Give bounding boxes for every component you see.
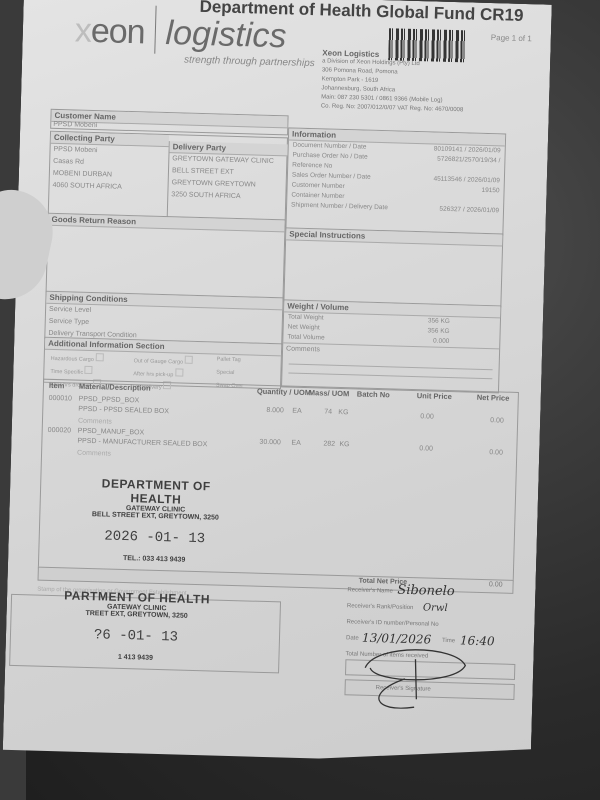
logo-x: x bbox=[74, 11, 91, 49]
checkbox[interactable] bbox=[185, 356, 193, 364]
option-time-specific: Time Specific bbox=[50, 365, 133, 377]
handwritten-signature bbox=[354, 638, 476, 711]
logo-product: logistics bbox=[165, 14, 287, 55]
checkbox[interactable] bbox=[95, 353, 103, 361]
page-label: Page 1 of 1 bbox=[491, 33, 532, 43]
checkbox[interactable] bbox=[175, 368, 183, 376]
option-hazardous: Hazardous Cargo bbox=[51, 352, 134, 364]
total-net-price-value: 0.00 bbox=[489, 581, 503, 588]
information-box: Information Document Number / Date801091… bbox=[285, 127, 506, 235]
stamp-tel: TEL.: 033 413 9439 bbox=[74, 554, 234, 565]
delivery-party-line: 3250 SOUTH AFRICA bbox=[168, 189, 286, 204]
stamp-dept: DEPARTMENT OF HEALTH bbox=[76, 476, 237, 508]
option-pallet-tag: Pallet Tag bbox=[216, 357, 274, 369]
delivery-note-paper: Department of Health Global Fund CR19 xe… bbox=[3, 0, 552, 764]
collecting-party-line: 4060 SOUTH AFRICA bbox=[49, 180, 167, 195]
option-after-hrs-pickup: After hrs pick-up bbox=[133, 367, 216, 379]
logo-tagline: strength through partnerships bbox=[184, 54, 315, 69]
special-instructions-box: Special Instructions bbox=[283, 227, 503, 307]
xeon-logistics-logo: xeonlogistics strength through partnersh… bbox=[74, 3, 287, 56]
logo-divider bbox=[154, 6, 156, 54]
stamp-box: PARTMENT OF HEALTH GATEWAY CLINIC TREET … bbox=[9, 594, 281, 674]
goods-return-box: Goods Return Reason bbox=[46, 213, 286, 300]
second-health-stamp: PARTMENT OF HEALTH GATEWAY CLINIC TREET … bbox=[50, 588, 222, 664]
option-out-of-gauge: Out of Gauge Cargo bbox=[134, 354, 217, 366]
company-address: Xeon Logistics a Division of Xeon Holdin… bbox=[321, 48, 465, 115]
stamp-date: 2026 -01- 13 bbox=[75, 528, 235, 548]
weight-volume-box: Weight / Volume Total Weight356 KG Net W… bbox=[281, 299, 501, 393]
checkbox[interactable] bbox=[85, 366, 93, 374]
logo-brand: eon bbox=[90, 12, 145, 51]
option-special: Special bbox=[216, 370, 274, 382]
receiver-section: Receiver's NameSibonelo Receiver's Rank/… bbox=[344, 587, 517, 700]
parties-box: Collecting Party PPSD Mobeni Casas Rd MO… bbox=[48, 131, 288, 222]
